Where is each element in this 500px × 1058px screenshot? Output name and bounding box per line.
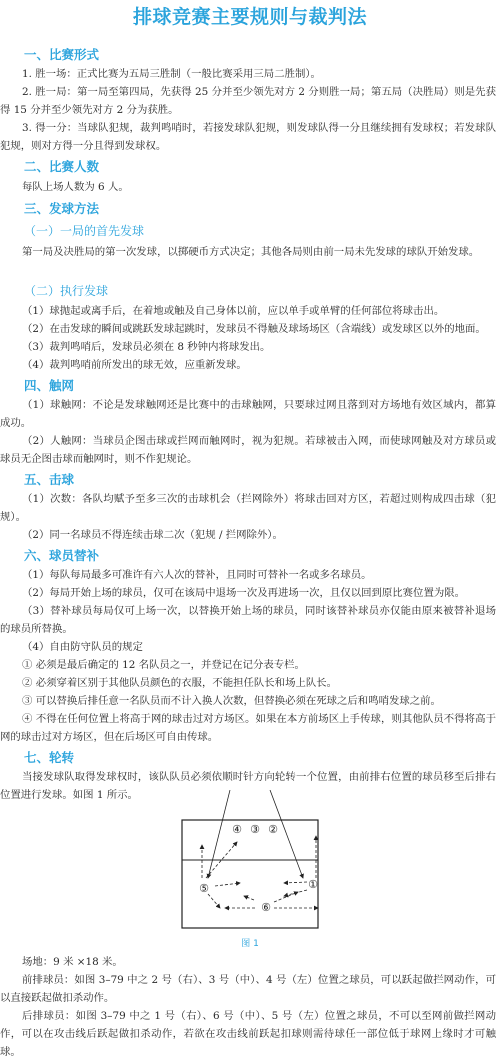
paragraph: （1）球触网：不论是发球触网还是比赛中的击球触网，只要球过网且落到对方场地有效区… [0, 396, 496, 432]
paragraph: 场地：9 米 ×18 米。 [0, 953, 496, 971]
list-item: （2）每局开始上场的球员，仅可在该局中退场一次及再进场一次，且仅以回到原比赛位置… [0, 584, 496, 602]
figure-caption: 图 1 [0, 936, 500, 949]
section-heading-net-touch: 四、触网 [24, 376, 74, 394]
list-item: （3）替补球员每局仅可上场一次，以替换开始上场的球员，同时该替补球员亦仅能由原来… [0, 602, 496, 638]
rotation-diagram: ④ ③ ② ① ⑥ ⑤ [170, 790, 330, 935]
section-heading-serve: 三、发球方法 [24, 199, 99, 217]
position-5: ⑤ [199, 882, 209, 895]
subheading-first-serve: （一）一局的首先发球 [24, 222, 144, 239]
list-item: ② 必须穿着区别于其他队员颜色的衣服，不能担任队长和场上队长。 [0, 674, 496, 692]
paragraph: （2）同一名球员不得连续击球二次（犯规 / 拦网除外）。 [0, 526, 496, 544]
section-heading-substitution: 六、球员替补 [24, 546, 99, 564]
paragraph: （2）人触网：当球员企图击球或拦网而触网时，视为犯规。若球被击入网，而使球网触及… [0, 432, 496, 468]
list-item: ③ 可以替换后排任意一名队员而不计入换人次数，但替换必须在死球之后和鸣哨发球之前… [0, 692, 496, 710]
paragraph: 2. 胜一局：第一局至第四局，先获得 25 分并至少领先对方 2 分则胜一局；第… [0, 83, 496, 119]
section-heading-hitting: 五、击球 [24, 470, 74, 488]
list-item: ① 必须是最后确定的 12 名队员之一，并登记在记分表专栏。 [0, 656, 496, 674]
position-6: ⑥ [261, 901, 271, 914]
list-item: （1）每队每局最多可准许有六人次的替补，且同时可替补一名或多名球员。 [0, 566, 496, 584]
position-3: ③ [250, 823, 260, 836]
paragraph: 后排球员：如图 3–79 中之 1 号（右）、6 号（中）、5 号（左）位置之球… [0, 1007, 496, 1058]
page-title: 排球竞赛主要规则与裁判法 [0, 2, 500, 29]
subheading-execute-serve: （二）执行发球 [24, 282, 108, 299]
list-item: （4）裁判鸣哨前所发出的球无效，应重新发球。 [0, 356, 496, 374]
position-4: ④ [232, 823, 242, 836]
section-heading-format: 一、比赛形式 [24, 45, 99, 63]
list-item: ④ 不得在任何位置上将高于网的球击过对方场区。如果在本方前场区上手传球，则其他队… [0, 710, 496, 746]
list-item: （1）球抛起或离手后，在着地或触及自己身体以前，应以单手或单臂的任何部位将球击出… [0, 302, 496, 320]
paragraph: 每队上场人数为 6 人。 [0, 178, 496, 196]
paragraph: （1）次数：各队均赋予至多三次的击球机会（拦网除外）将球击回对方区，若超过则构成… [0, 490, 496, 526]
paragraph: 3. 得一分：当球队犯规，裁判鸣哨时，若接发球队犯规，则发球队得一分且继续拥有发… [0, 119, 496, 155]
position-2: ② [268, 823, 278, 836]
position-1: ① [308, 878, 318, 891]
list-item: （3）裁判鸣哨后，发球员必须在 8 秒钟内将球发出。 [0, 338, 496, 356]
list-item: （4）自由防守队员的规定 [0, 638, 496, 656]
paragraph: 1. 胜一场：正式比赛为五局三胜制（一般比赛采用三局二胜制）。 [0, 65, 496, 83]
court-boundary [182, 820, 318, 928]
paragraph: 前排球员：如图 3–79 中之 2 号（右）、3 号（中）、4 号（左）位置之球… [0, 971, 496, 1007]
list-item: （2）在击发球的瞬间或跳跃发球起跳时，发球员不得触及球场场区（含端线）或发球区以… [0, 320, 496, 338]
section-heading-players: 二、比赛人数 [24, 157, 99, 175]
section-heading-rotation: 七、轮转 [24, 748, 74, 766]
paragraph: 第一局及决胜局的第一次发球，以掷硬币方式决定；其他各局则由前一局未先发球的球队开… [0, 243, 496, 261]
